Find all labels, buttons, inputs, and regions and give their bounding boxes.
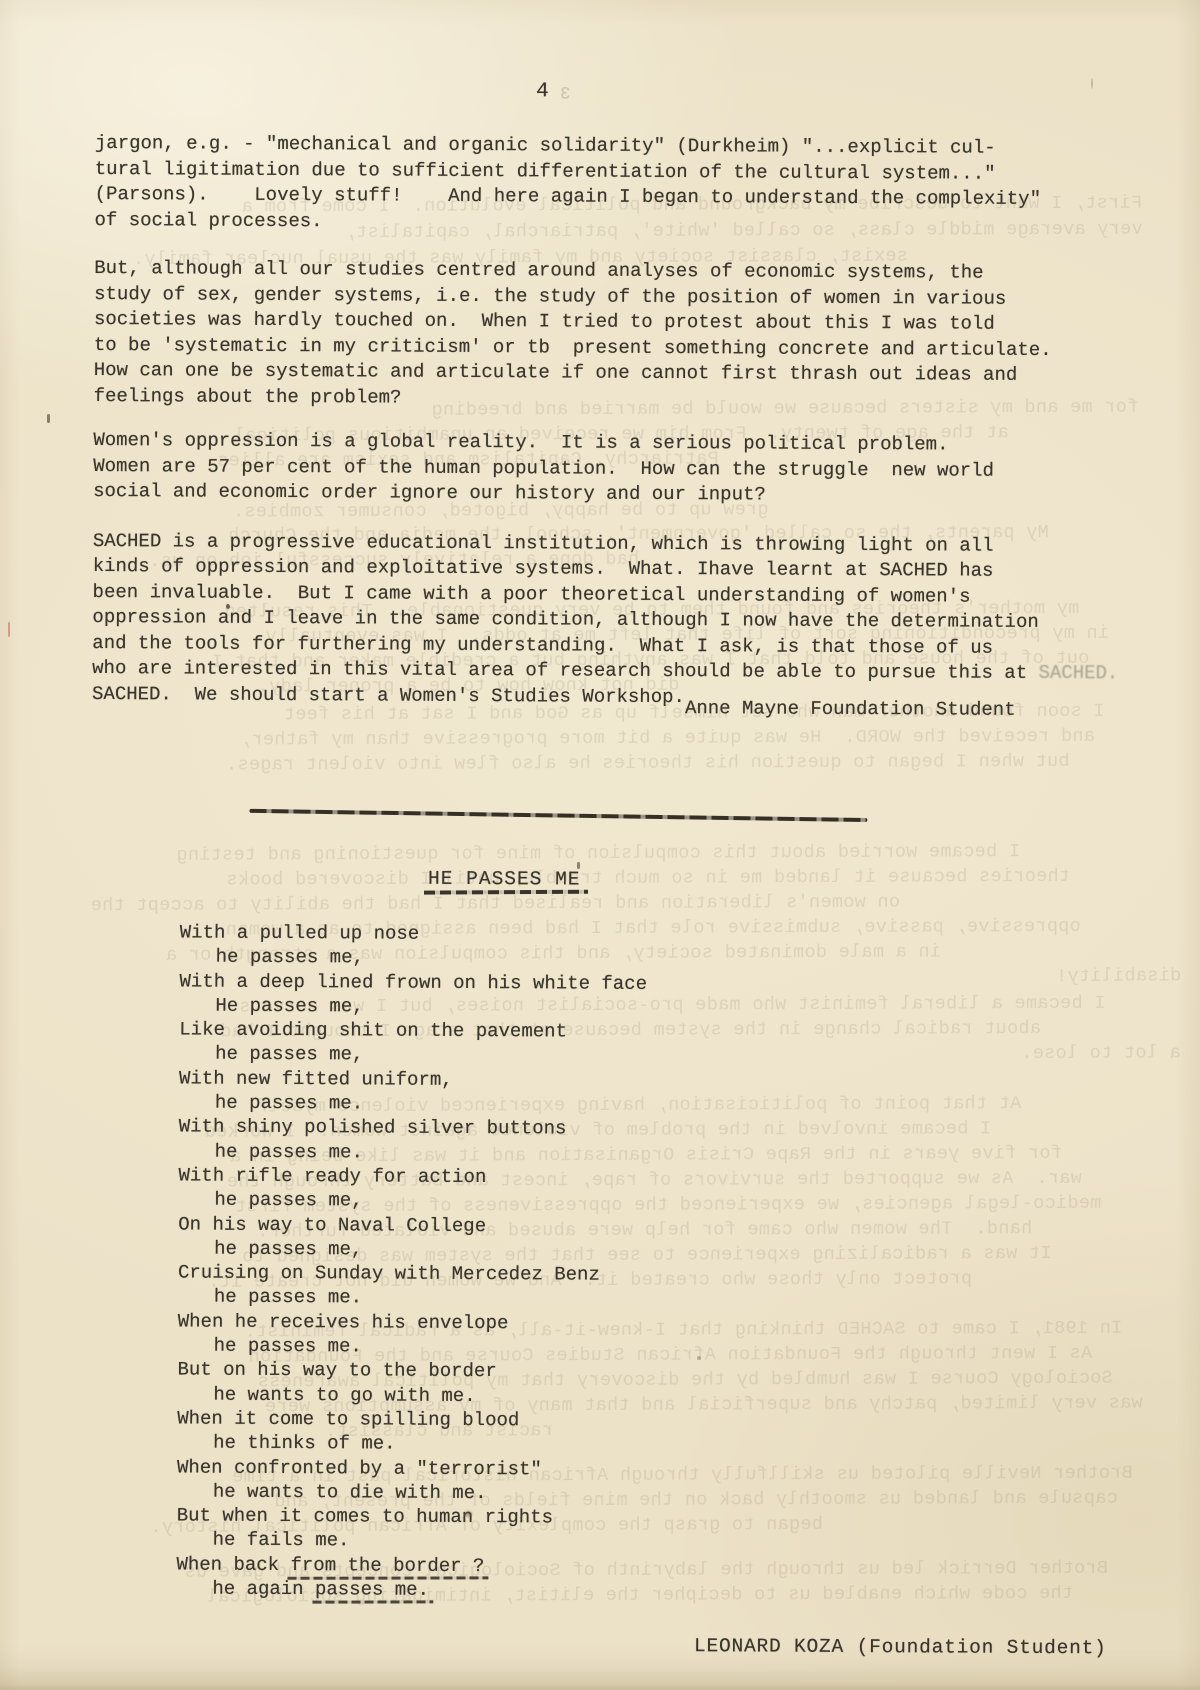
typed-ink-layer: 4 3 jargon, e.g. - "mechanical and organ…: [0, 0, 1200, 1690]
text-segment: SACHED is a progressive educational inst…: [93, 529, 994, 556]
poem-line: he passes me,: [178, 1236, 646, 1263]
text-segment: jargon, e.g. - "mechanical and organic s…: [95, 132, 996, 159]
text-segment: he passes me,: [214, 1189, 362, 1212]
poem-line: He passes me,: [179, 993, 647, 1020]
poem-line: When confronted by a "terrorist": [177, 1455, 645, 1482]
text-segment: he wants to die with me.: [213, 1480, 487, 1503]
text-segment: oppression and I leave in the same condi…: [92, 606, 1038, 633]
poem-title-text: HE PASSES ME: [428, 868, 581, 891]
text-segment: On his way to Naval College: [178, 1213, 486, 1237]
text-segment: Like avoiding shit on the pavement: [179, 1019, 567, 1043]
underlined-text: from the border ?: [290, 1554, 484, 1577]
text-segment: of social processes.: [94, 208, 322, 231]
text-segment: kinds of oppression and exploitative sys…: [93, 555, 994, 582]
poem-line: When he receives his envelope: [178, 1309, 646, 1336]
text-segment: he passes me.: [215, 1092, 363, 1115]
stray-tick-mark: [577, 862, 580, 869]
poem-line: he passes me.: [178, 1285, 646, 1312]
page-number: 4: [536, 80, 549, 103]
text-segment: he passes me.: [214, 1335, 362, 1358]
poem-line: he thinks of me.: [177, 1431, 645, 1458]
ink-speck: [697, 1356, 701, 1360]
paper-stain: [464, 1511, 472, 1517]
text-segment: he passes me.: [215, 1140, 363, 1163]
text-segment: he fails me.: [213, 1529, 350, 1552]
poem-line: he passes me.: [179, 1139, 647, 1166]
text-segment: he passes me,: [216, 946, 364, 969]
poem-line: Like avoiding shit on the pavement: [179, 1018, 647, 1045]
text-segment: With shiny polished silver buttons: [179, 1116, 567, 1140]
text-segment: he thinks of me.: [213, 1432, 396, 1455]
text-segment: He passes me,: [215, 995, 363, 1018]
faded-text: SACHED.: [1038, 662, 1118, 684]
poem-line: But when it comes to human rights: [177, 1504, 645, 1531]
section-divider-rule: [249, 809, 867, 822]
text-segment: feelings about the problem?: [94, 384, 402, 408]
text-segment: With a pulled up nose: [180, 921, 420, 944]
poem-line: he passes me.: [179, 1091, 647, 1118]
poem-line: On his way to Naval College: [178, 1212, 646, 1239]
poem-line: With new fitted uniform,: [179, 1066, 647, 1093]
poem-line: he passes me,: [180, 945, 648, 972]
underlined-text: passes me.: [315, 1578, 429, 1601]
text-segment: When confronted by a "terrorist": [177, 1456, 542, 1480]
poem-body: With a pulled up nosehe passes me,With a…: [176, 920, 647, 1603]
stray-mark: [47, 414, 50, 423]
text-segment: SACHED. We should start a Women's Studie…: [92, 682, 685, 707]
poem-line: Cruising on Sunday with Mercedez Benz: [178, 1261, 646, 1288]
poem-line: With rifle ready for action: [178, 1163, 646, 1190]
text-segment: he passes me.: [214, 1286, 362, 1309]
text-segment: With rifle ready for action: [178, 1164, 486, 1188]
poem-line: With shiny polished silver buttons: [179, 1115, 647, 1142]
poem-line: he passes me.: [178, 1333, 646, 1360]
body-line: social and economic order ignore our his…: [93, 479, 1168, 510]
text-segment: he passes me,: [215, 1043, 363, 1066]
letter-paragraph: jargon, e.g. - "mechanical and organic s…: [94, 131, 1170, 239]
text-segment: societies was hardly touched on. When I …: [94, 308, 995, 335]
poem-line: he fails me.: [177, 1528, 645, 1555]
text-segment: tural ligitimation due to sufficient dif…: [95, 157, 996, 184]
text-segment: But, although all our studies centred ar…: [94, 257, 983, 284]
red-fiber-mark: [8, 622, 10, 637]
text-segment: When it come to spilling blood: [177, 1407, 519, 1431]
letter-body: jargon, e.g. - "mechanical and organic s…: [92, 131, 1170, 734]
text-segment: social and economic order ignore our his…: [93, 480, 766, 506]
poem-line: he wants to go with me.: [177, 1382, 645, 1409]
poem-line: With a pulled up nose: [180, 920, 648, 947]
text-segment: Women are 57 per cent of the human popul…: [93, 454, 994, 481]
text-segment: With a deep lined frown on his white fac…: [179, 970, 647, 994]
text-segment: When he receives his envelope: [178, 1310, 509, 1334]
poem-line: With a deep lined frown on his white fac…: [179, 969, 647, 996]
text-segment: (Parsons). Lovely stuff! And here again …: [95, 183, 1041, 210]
poem-line: When it come to spilling blood: [177, 1406, 645, 1433]
poem-line: When back from the border ?: [176, 1552, 644, 1579]
poem-line: he again passes me.: [176, 1576, 644, 1603]
text-segment: to be 'systematic in my criticism' or tb…: [94, 333, 1052, 360]
text-segment: Women's oppression is a global reality. …: [93, 429, 948, 455]
text-segment: he wants to go with me.: [213, 1383, 475, 1406]
letter-paragraph: SACHED is a progressive educational inst…: [92, 528, 1168, 712]
page-number-ghost-mark: 3: [560, 85, 570, 104]
poem-line: he passes me,: [178, 1188, 646, 1215]
ink-speck: [226, 604, 230, 609]
text-segment: Cruising on Sunday with Mercedez Benz: [178, 1262, 600, 1286]
scanned-document-page: First, I want to describe my background …: [0, 0, 1200, 1690]
poem-author: LEONARD KOZA (Foundation Student): [694, 1635, 1107, 1659]
poem-line: But on his way to the border: [177, 1358, 645, 1385]
text-segment: who are interested in this vital area of…: [92, 657, 1038, 684]
text-segment: study of sex, gender systems, i.e. the s…: [94, 282, 1006, 309]
text-segment: But when it comes to human rights: [177, 1505, 553, 1529]
text-segment: But on his way to the border: [177, 1359, 496, 1383]
letter-paragraph: Women's oppression is a global reality. …: [93, 428, 1168, 510]
text-segment: he again: [212, 1578, 315, 1601]
text-segment: How can one be systematic and articulate…: [94, 359, 1018, 386]
text-segment: and the tools for furthering my understa…: [92, 631, 993, 658]
poem-line: he passes me,: [179, 1042, 647, 1069]
text-segment: been invaluable. But I came with a poor …: [93, 580, 971, 607]
paper-fiber: [1091, 78, 1093, 89]
letter-signature: Anne Mayne Foundation Student: [685, 697, 1016, 721]
text-segment: When back: [176, 1553, 290, 1576]
letter-paragraph: But, although all our studies centred ar…: [94, 256, 1170, 415]
text-segment: With new fitted uniform,: [179, 1067, 453, 1090]
text-segment: he passes me,: [214, 1237, 362, 1260]
poem-line: he wants to die with me.: [177, 1479, 645, 1506]
poem-title: HE PASSES ME: [428, 868, 581, 891]
